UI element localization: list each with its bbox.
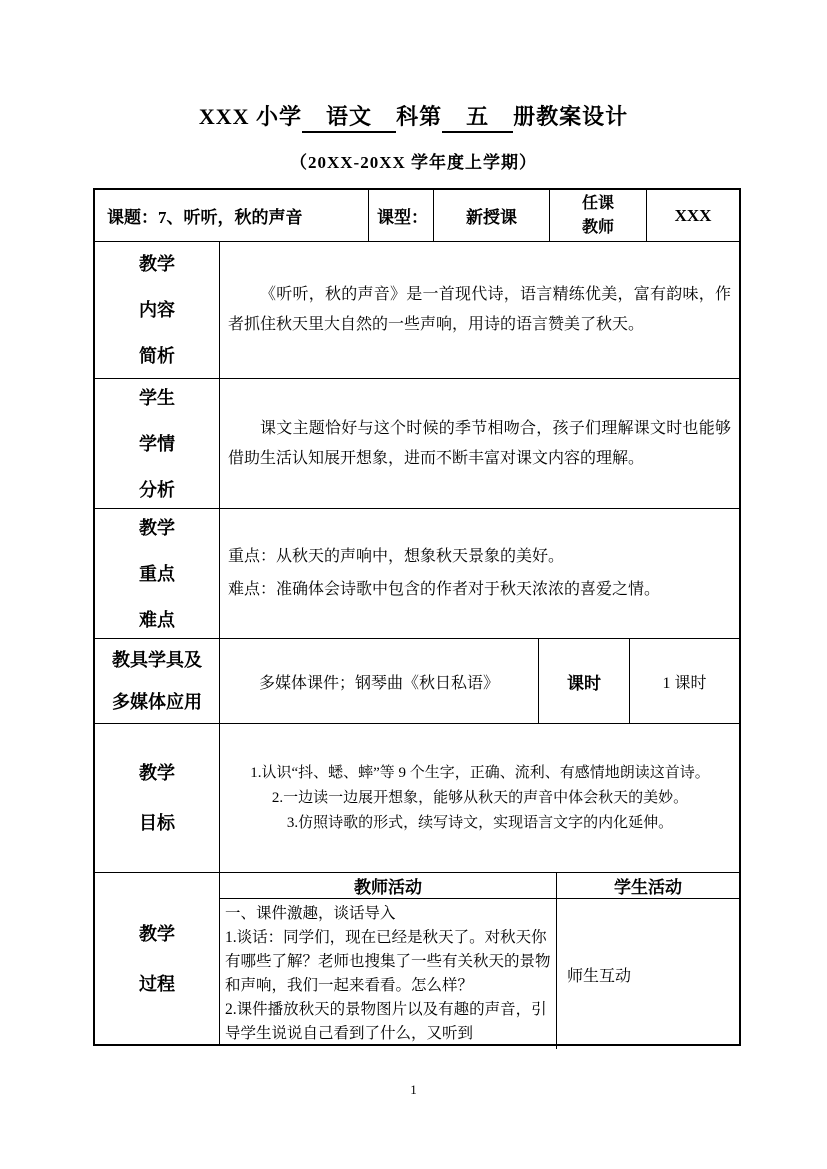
document-page: XXX 小学语文科第五册教案设计 （20XX-20XX 学年度上学期） 课题：7… [0, 0, 827, 1169]
goal-item: 2.一边读一边展开想象，能够从秋天的声音中体会秋天的美妙。 [272, 786, 688, 811]
row-topic: 课题：7、听听，秋的声音 课型： 新授课 任课 教师 XXX [95, 190, 739, 242]
lesson-plan-table: 课题：7、听听，秋的声音 课型： 新授课 任课 教师 XXX 教学 内容 简析 … [93, 188, 741, 1046]
topic-cell: 课题：7、听听，秋的声音 [95, 190, 369, 241]
content-summary-text-cell: 《听听，秋的声音》是一首现代诗，语言精练优美，富有韵味，作者抓住秋天里大自然的一… [220, 242, 739, 378]
content-summary-label: 教学 内容 简析 [95, 242, 220, 378]
student-analysis-label: 学生 学情 分析 [95, 379, 220, 508]
document-subtitle: （20XX-20XX 学年度上学期） [0, 148, 827, 173]
teaching-aids-label: 教具学具及 多媒体应用 [95, 639, 220, 723]
period-value: 1 课时 [630, 639, 739, 723]
student-activity-text: 师生互动 [557, 899, 739, 1049]
key-points-text-cell: 重点：从秋天的声响中，想象秋天景象的美好。 难点：准确体会诗歌中包含的作者对于秋… [220, 509, 739, 638]
teacher-value: XXX [647, 190, 739, 241]
title-middle: 科第 [396, 104, 442, 129]
content-summary-text: 《听听，秋的声音》是一首现代诗，语言精练优美，富有韵味，作者抓住秋天里大自然的一… [228, 280, 731, 340]
document-title: XXX 小学语文科第五册教案设计 [0, 100, 827, 133]
difficult-point-text: 难点：准确体会诗歌中包含的作者对于秋天浓浓的喜爱之情。 [228, 578, 660, 602]
goal-item: 1.认识“抖、蟋、蟀”等 9 个生字，正确、流利、有感情地朗读这首诗。 [250, 761, 710, 786]
course-type-value: 新授课 [434, 190, 550, 241]
row-content-summary: 教学 内容 简析 《听听，秋的声音》是一首现代诗，语言精练优美，富有韵味，作者抓… [95, 242, 739, 379]
row-teaching-aids: 教具学具及 多媒体应用 多媒体课件；钢琴曲《秋日私语》 课时 1 课时 [95, 639, 739, 724]
student-analysis-text: 课文主题恰好与这个时候的季节相吻合，孩子们理解课文时也能够借助生活认知展开想象，… [228, 414, 731, 474]
teaching-aids-text: 多媒体课件；钢琴曲《秋日私语》 [220, 639, 539, 723]
page-number: 1 [0, 1082, 827, 1098]
row-key-points: 教学 重点 难点 重点：从秋天的声响中，想象秋天景象的美好。 难点：准确体会诗歌… [95, 509, 739, 639]
teaching-goals-label: 教学 目标 [95, 724, 220, 872]
title-volume-underlined: 五 [442, 100, 513, 133]
row-student-analysis: 学生 学情 分析 课文主题恰好与这个时候的季节相吻合，孩子们理解课文时也能够借助… [95, 379, 739, 509]
student-analysis-text-cell: 课文主题恰好与这个时候的季节相吻合，孩子们理解课文时也能够借助生活认知展开想象，… [220, 379, 739, 508]
teaching-goals-list: 1.认识“抖、蟋、蟀”等 9 个生字，正确、流利、有感情地朗读这首诗。 2.一边… [220, 724, 739, 872]
period-label: 课时 [539, 639, 630, 723]
activity-body-row: 一、课件激趣，谈话导入 1.谈话：同学们，现在已经是秋天了。对秋天你有哪些了解？… [220, 899, 739, 1049]
key-points-label: 教学 重点 难点 [95, 509, 220, 638]
row-teaching-goals: 教学 目标 1.认识“抖、蟋、蟀”等 9 个生字，正确、流利、有感情地朗读这首诗… [95, 724, 739, 873]
student-activity-header: 学生活动 [557, 873, 739, 898]
key-point-text: 重点：从秋天的声响中，想象秋天景象的美好。 [228, 545, 660, 569]
goal-item: 3.仿照诗歌的形式，续写诗文，实现语言文字的内化延伸。 [287, 811, 673, 836]
teacher-activity-header: 教师活动 [220, 873, 557, 898]
course-type-label: 课型： [369, 190, 434, 241]
teacher-activity-text: 一、课件激趣，谈话导入 1.谈话：同学们，现在已经是秋天了。对秋天你有哪些了解？… [220, 899, 557, 1049]
teaching-process-label: 教学 过程 [95, 873, 220, 1044]
title-suffix: 册教案设计 [513, 104, 628, 129]
teacher-label: 任课 教师 [550, 190, 647, 241]
title-school: XXX 小学 [199, 104, 302, 129]
teaching-process-columns: 教师活动 学生活动 一、课件激趣，谈话导入 1.谈话：同学们，现在已经是秋天了。… [220, 873, 739, 1044]
activity-header-row: 教师活动 学生活动 [220, 873, 739, 899]
title-subject-underlined: 语文 [302, 100, 396, 133]
row-teaching-process: 教学 过程 教师活动 学生活动 一、课件激趣，谈话导入 1.谈话：同学们，现在已… [95, 873, 739, 1044]
